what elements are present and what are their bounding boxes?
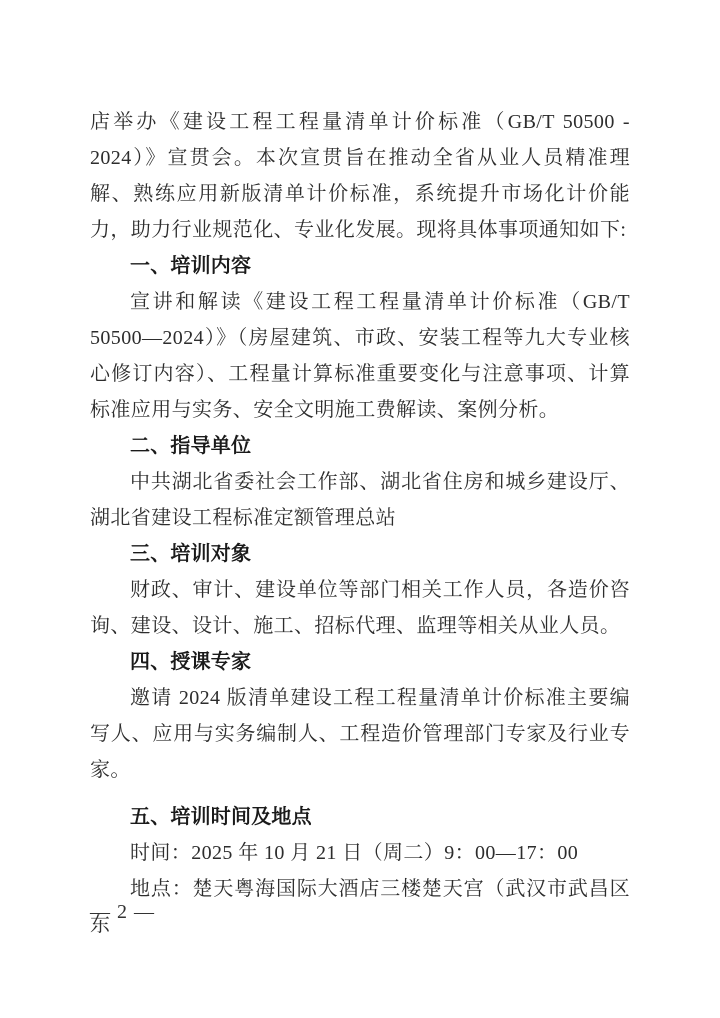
paragraph: 宣讲和解读《建设工程工程量清单计价标准（GB/T 50500—2024）》（房屋… [90, 284, 630, 428]
section-heading: 二、指导单位 [90, 428, 630, 464]
section-heading: 四、授课专家 [90, 644, 630, 680]
page-number: — 2 — [90, 898, 155, 926]
paragraph: 中共湖北省委社会工作部、湖北省住房和城乡建设厅、湖北省建设工程标准定额管理总站 [90, 464, 630, 536]
paragraph: 邀请 2024 版清单建设工程工程量清单计价标准主要编写人、应用与实务编制人、工… [90, 680, 630, 788]
section-heading: 三、培训对象 [90, 536, 630, 572]
paragraph: 时间：2025 年 10 月 21 日（周二）9：00—17：00 [90, 835, 630, 871]
document-body: 店举办《建设工程工程量清单计价标准（GB/T 50500 - 2024）》宣贯会… [90, 104, 630, 943]
paragraph: 店举办《建设工程工程量清单计价标准（GB/T 50500 - 2024）》宣贯会… [90, 104, 630, 248]
document-page: 店举办《建设工程工程量清单计价标准（GB/T 50500 - 2024）》宣贯会… [0, 0, 720, 1018]
paragraph: 财政、审计、建设单位等部门相关工作人员，各造价咨询、建设、设计、施工、招标代理、… [90, 572, 630, 644]
section-heading: 五、培训时间及地点 [90, 799, 630, 835]
paragraph: 地点：楚天粤海国际大酒店三楼楚天宫（武汉市武昌区东 [90, 871, 630, 943]
section-heading: 一、培训内容 [90, 248, 630, 284]
